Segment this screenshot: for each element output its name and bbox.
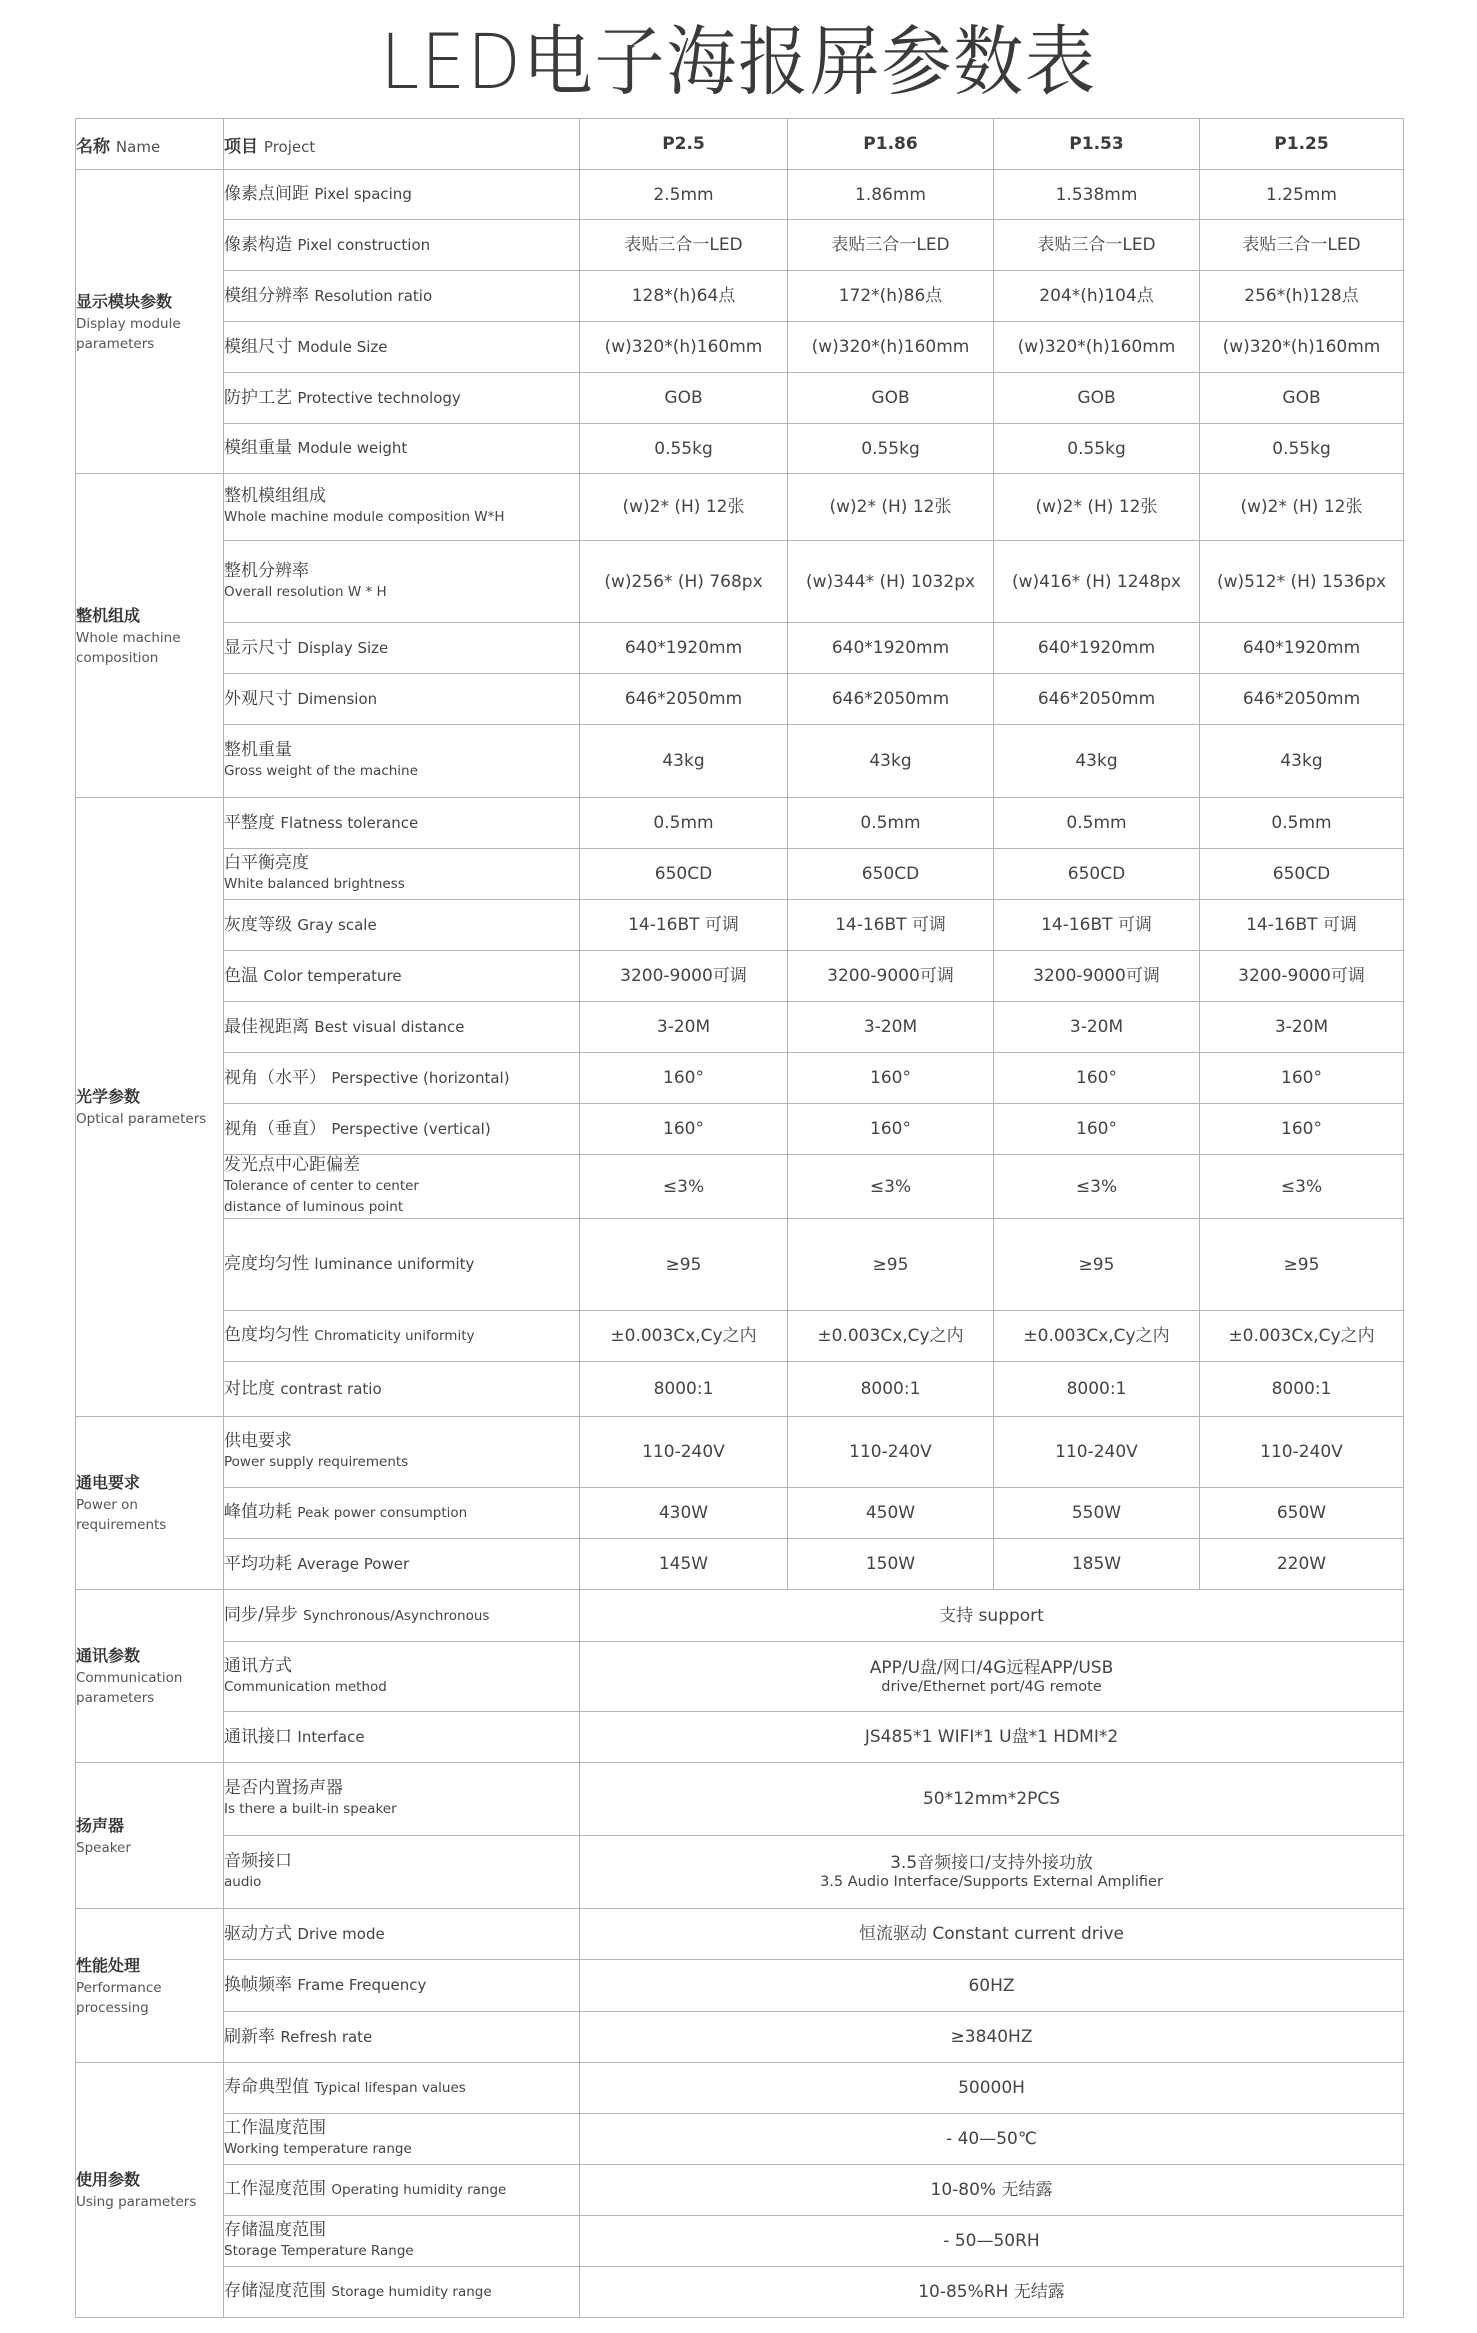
item-label-en: luminance uniformity (314, 1255, 474, 1273)
item-label-zh: 通讯接口 (224, 1727, 292, 1747)
item-label-en: Interface (297, 1728, 364, 1746)
item-label-en: Typical lifespan values (314, 2080, 465, 2096)
table-row: 工作温度范围Working temperature range- 40—50℃ (76, 2114, 1404, 2165)
table-row: 色温 Color temperature3200-9000可调3200-9000… (76, 951, 1404, 1002)
value-cell-p125: ±0.003Cx,Cy之内 (1200, 1311, 1404, 1362)
item-label-en: Refresh rate (280, 2028, 372, 2046)
table-row: 灰度等级 Gray scale14-16BT 可调14-16BT 可调14-16… (76, 900, 1404, 951)
value-cell-p125: 110-240V (1200, 1417, 1404, 1488)
table-row: 存储湿度范围 Storage humidity range10-85%RH 无结… (76, 2267, 1404, 2318)
value-cell-p153: 640*1920mm (994, 623, 1200, 674)
item-label-zh: 防护工艺 (224, 388, 292, 408)
item-label: 峰值功耗 Peak power consumption (224, 1488, 580, 1539)
spec-body: 显示模块参数Display module parameters像素点间距 Pix… (76, 170, 1404, 2318)
item-label-en: Resolution ratio (314, 287, 432, 305)
item-label-en: Module weight (297, 439, 407, 457)
item-label-en: Module Size (297, 338, 387, 356)
item-label: 驱动方式 Drive mode (224, 1909, 580, 1960)
item-label: 像素构造 Pixel construction (224, 220, 580, 271)
value-cell-p125: 256*(h)128点 (1200, 271, 1404, 322)
section-title: 显示模块参数 (76, 290, 223, 314)
section-power: 通电要求Power on requirements (76, 1417, 224, 1590)
table-row: 峰值功耗 Peak power consumption430W450W550W6… (76, 1488, 1404, 1539)
item-label: 防护工艺 Protective technology (224, 373, 580, 424)
value-cell-p153: ≤3% (994, 1155, 1200, 1219)
item-label-en: Storage Temperature Range (224, 2241, 579, 2262)
item-label: 整机分辨率Overall resolution W * H (224, 541, 580, 623)
value-cell-merged: 恒流驱动 Constant current drive (580, 1909, 1404, 1960)
item-label: 工作温度范围Working temperature range (224, 2114, 580, 2165)
item-label: 整机模组组成Whole machine module composition W… (224, 474, 580, 541)
value-cell-p186: (w)320*(h)160mm (788, 322, 994, 373)
value-cell-p186: 3200-9000可调 (788, 951, 994, 1002)
value-cell-p125: 8000:1 (1200, 1362, 1404, 1417)
item-label: 模组分辨率 Resolution ratio (224, 271, 580, 322)
table-row: 平均功耗 Average Power145W150W185W220W (76, 1539, 1404, 1590)
item-label-zh: 模组重量 (224, 438, 292, 458)
item-label-zh: 是否内置扬声器 (224, 1778, 579, 1799)
value-cell-p186: ≤3% (788, 1155, 994, 1219)
item-label: 模组重量 Module weight (224, 424, 580, 474)
table-row: 音频接口audio3.5音频接口/支持外接功放3.5 Audio Interfa… (76, 1836, 1404, 1909)
value-cell-merged: 3.5音频接口/支持外接功放3.5 Audio Interface/Suppor… (580, 1836, 1404, 1909)
table-row: 扬声器Speaker是否内置扬声器Is there a built-in spe… (76, 1763, 1404, 1836)
section-subtitle: Communication parameters (76, 1668, 223, 1708)
value-text: 60HZ (968, 1976, 1014, 1996)
item-label-en: Display Size (297, 639, 388, 657)
value-cell-p125: 3-20M (1200, 1002, 1404, 1053)
item-label: 整机重量Gross weight of the machine (224, 725, 580, 798)
value-cell-p186: 110-240V (788, 1417, 994, 1488)
item-label-en: Tolerance of center to center (224, 1176, 579, 1197)
page-title: LED电子海报屏参数表 (59, 14, 1418, 110)
item-label: 平整度 Flatness tolerance (224, 798, 580, 849)
table-row: 刷新率 Refresh rate≥3840HZ (76, 2012, 1404, 2063)
item-label: 显示尺寸 Display Size (224, 623, 580, 674)
table-row: 性能处理Performance processing驱动方式 Drive mod… (76, 1909, 1404, 1960)
value-cell-p186: 160° (788, 1053, 994, 1104)
item-label-en: Peak power consumption (297, 1505, 467, 1521)
item-label-en: contrast ratio (280, 1380, 381, 1398)
item-label-zh: 对比度 (224, 1379, 275, 1399)
value-cell-p25: 0.55kg (580, 424, 788, 474)
spec-table: 名称 Name 项目 Project P2.5 P1.86 P1.53 P1.2… (75, 118, 1404, 2318)
item-label-zh: 驱动方式 (224, 1924, 292, 1944)
value-cell-p125: (w)320*(h)160mm (1200, 322, 1404, 373)
value-cell-p186: 3-20M (788, 1002, 994, 1053)
table-row: 像素构造 Pixel construction表贴三合一LED表贴三合一LED表… (76, 220, 1404, 271)
item-label-en: Working temperature range (224, 2139, 579, 2160)
table-row: 存储温度范围Storage Temperature Range- 50—50RH (76, 2216, 1404, 2267)
table-row: 亮度均匀性 luminance uniformity≥95≥95≥95≥95 (76, 1219, 1404, 1311)
table-row: 使用参数Using parameters寿命典型值 Typical lifesp… (76, 2063, 1404, 2114)
value-cell-p25: 8000:1 (580, 1362, 788, 1417)
value-subtext: 3.5 Audio Interface/Supports External Am… (580, 1873, 1403, 1891)
item-label-zh: 视角（水平） (224, 1068, 326, 1088)
table-row: 发光点中心距偏差Tolerance of center to centerdis… (76, 1155, 1404, 1219)
section-title: 扬声器 (76, 1814, 223, 1838)
item-label-en: White balanced brightness (224, 874, 579, 895)
value-cell-p186: (w)344* (H) 1032px (788, 541, 994, 623)
table-row: 视角（垂直） Perspective (vertical)160°160°160… (76, 1104, 1404, 1155)
item-label-en: Operating humidity range (331, 2182, 506, 2198)
value-cell-p186: 172*(h)86点 (788, 271, 994, 322)
item-label-en: Pixel spacing (314, 185, 411, 203)
value-text: 支持 support (939, 1606, 1044, 1626)
value-cell-p25: 650CD (580, 849, 788, 900)
header-row: 名称 Name 项目 Project P2.5 P1.86 P1.53 P1.2… (76, 119, 1404, 170)
value-cell-p125: (w)2* (H) 12张 (1200, 474, 1404, 541)
item-label-en: Overall resolution W * H (224, 582, 579, 603)
header-model-p186: P1.86 (788, 119, 994, 170)
section-using: 使用参数Using parameters (76, 2063, 224, 2318)
item-label-en: Chromaticity uniformity (314, 1328, 474, 1344)
item-label-zh: 视角（垂直） (224, 1119, 326, 1139)
item-label-en: Best visual distance (314, 1018, 464, 1036)
value-cell-merged: 50000H (580, 2063, 1404, 2114)
value-cell-p153: 14-16BT 可调 (994, 900, 1200, 951)
table-row: 显示模块参数Display module parameters像素点间距 Pix… (76, 170, 1404, 220)
item-label-zh: 寿命典型值 (224, 2077, 309, 2097)
value-cell-p25: ≥95 (580, 1219, 788, 1311)
value-cell-p153: 3-20M (994, 1002, 1200, 1053)
value-text: 恒流驱动 Constant current drive (859, 1924, 1124, 1944)
item-label-en: Synchronous/Asynchronous (303, 1608, 489, 1624)
value-cell-p125: ≥95 (1200, 1219, 1404, 1311)
value-cell-p186: 8000:1 (788, 1362, 994, 1417)
item-label: 最佳视距离 Best visual distance (224, 1002, 580, 1053)
value-cell-p186: ≥95 (788, 1219, 994, 1311)
value-cell-p153: 3200-9000可调 (994, 951, 1200, 1002)
section-optical: 光学参数Optical parameters (76, 798, 224, 1417)
section-subtitle: Performance processing (76, 1978, 223, 2018)
item-label-zh: 工作湿度范围 (224, 2179, 326, 2199)
item-label: 像素点间距 Pixel spacing (224, 170, 580, 220)
value-cell-p25: 640*1920mm (580, 623, 788, 674)
item-label: 是否内置扬声器Is there a built-in speaker (224, 1763, 580, 1836)
value-cell-p125: 表贴三合一LED (1200, 220, 1404, 271)
item-label-zh: 通讯方式 (224, 1656, 579, 1677)
value-text: ≥3840HZ (951, 2027, 1033, 2047)
section-subtitle: Display module parameters (76, 314, 223, 354)
value-text: - 40—50℃ (946, 2129, 1037, 2149)
value-cell-p25: 43kg (580, 725, 788, 798)
value-text: 10-85%RH 无结露 (918, 2282, 1065, 2302)
item-label-en: Gray scale (297, 916, 376, 934)
item-label-zh: 灰度等级 (224, 915, 292, 935)
value-subtext: drive/Ethernet port/4G remote (580, 1678, 1403, 1696)
value-cell-p153: 43kg (994, 725, 1200, 798)
value-cell-p186: 450W (788, 1488, 994, 1539)
value-cell-p186: 0.55kg (788, 424, 994, 474)
value-cell-p25: 145W (580, 1539, 788, 1590)
table-row: 整机重量Gross weight of the machine43kg43kg4… (76, 725, 1404, 798)
value-cell-p125: 650W (1200, 1488, 1404, 1539)
value-cell-p25: 3-20M (580, 1002, 788, 1053)
value-cell-p153: 185W (994, 1539, 1200, 1590)
table-row: 对比度 contrast ratio8000:18000:18000:18000… (76, 1362, 1404, 1417)
item-label: 平均功耗 Average Power (224, 1539, 580, 1590)
item-label-zh: 白平衡亮度 (224, 853, 579, 874)
value-cell-p153: 0.55kg (994, 424, 1200, 474)
value-cell-p25: 14-16BT 可调 (580, 900, 788, 951)
table-row: 模组尺寸 Module Size(w)320*(h)160mm(w)320*(h… (76, 322, 1404, 373)
item-label-en: Communication method (224, 1677, 579, 1698)
item-label-zh: 模组分辨率 (224, 286, 309, 306)
section-performance: 性能处理Performance processing (76, 1909, 224, 2063)
value-cell-merged: 10-85%RH 无结露 (580, 2267, 1404, 2318)
value-cell-p153: GOB (994, 373, 1200, 424)
value-cell-p186: 150W (788, 1539, 994, 1590)
item-label: 存储湿度范围 Storage humidity range (224, 2267, 580, 2318)
value-cell-merged: 10-80% 无结露 (580, 2165, 1404, 2216)
value-cell-merged: 50*12mm*2PCS (580, 1763, 1404, 1836)
value-cell-merged: 支持 support (580, 1590, 1404, 1642)
item-label: 对比度 contrast ratio (224, 1362, 580, 1417)
value-cell-p125: GOB (1200, 373, 1404, 424)
section-title: 通电要求 (76, 1471, 223, 1495)
value-cell-p25: 0.5mm (580, 798, 788, 849)
section-title: 使用参数 (76, 2168, 223, 2192)
table-row: 显示尺寸 Display Size640*1920mm640*1920mm640… (76, 623, 1404, 674)
table-row: 换帧频率 Frame Frequency60HZ (76, 1960, 1404, 2012)
header-model-p125: P1.25 (1200, 119, 1404, 170)
section-subtitle: Whole machine composition (76, 628, 223, 668)
value-cell-p153: (w)416* (H) 1248px (994, 541, 1200, 623)
value-cell-p186: 160° (788, 1104, 994, 1155)
value-cell-p25: 表贴三合一LED (580, 220, 788, 271)
item-label-zh: 音频接口 (224, 1851, 579, 1872)
item-label-zh: 峰值功耗 (224, 1502, 292, 1522)
table-row: 外观尺寸 Dimension646*2050mm646*2050mm646*20… (76, 674, 1404, 725)
value-text: JS485*1 WIFI*1 U盘*1 HDMI*2 (865, 1727, 1118, 1747)
value-cell-merged: APP/U盘/网口/4G远程APP/USBdrive/Ethernet port… (580, 1642, 1404, 1712)
value-cell-p125: ≤3% (1200, 1155, 1404, 1219)
table-row: 整机组成Whole machine composition整机模组组成Whole… (76, 474, 1404, 541)
item-label-en: Perspective (horizontal) (331, 1069, 509, 1087)
section-title: 通讯参数 (76, 1644, 223, 1668)
table-row: 通讯方式Communication methodAPP/U盘/网口/4G远程AP… (76, 1642, 1404, 1712)
section-subtitle: Optical parameters (76, 1109, 223, 1129)
value-cell-p153: (w)320*(h)160mm (994, 322, 1200, 373)
item-label: 寿命典型值 Typical lifespan values (224, 2063, 580, 2114)
value-cell-merged: 60HZ (580, 1960, 1404, 2012)
value-cell-p186: 43kg (788, 725, 994, 798)
item-label-zh: 整机重量 (224, 740, 579, 761)
value-cell-p186: 表贴三合一LED (788, 220, 994, 271)
value-cell-p125: 160° (1200, 1104, 1404, 1155)
item-label: 刷新率 Refresh rate (224, 2012, 580, 2063)
item-label-zh: 显示尺寸 (224, 638, 292, 658)
value-cell-p25: (w)2* (H) 12张 (580, 474, 788, 541)
item-label-en: Pixel construction (297, 236, 430, 254)
value-cell-p25: 110-240V (580, 1417, 788, 1488)
value-cell-p25: 430W (580, 1488, 788, 1539)
item-label: 灰度等级 Gray scale (224, 900, 580, 951)
section-subtitle: Using parameters (76, 2192, 223, 2212)
value-cell-p186: GOB (788, 373, 994, 424)
item-label: 存储温度范围Storage Temperature Range (224, 2216, 580, 2267)
value-cell-p153: (w)2* (H) 12张 (994, 474, 1200, 541)
table-row: 通讯参数Communication parameters同步/异步 Synchr… (76, 1590, 1404, 1642)
item-label-en: Color temperature (263, 967, 401, 985)
value-cell-p25: ±0.003Cx,Cy之内 (580, 1311, 788, 1362)
value-cell-p153: 表贴三合一LED (994, 220, 1200, 271)
value-cell-p153: ±0.003Cx,Cy之内 (994, 1311, 1200, 1362)
item-label: 白平衡亮度White balanced brightness (224, 849, 580, 900)
value-cell-p186: 646*2050mm (788, 674, 994, 725)
item-label-en: Average Power (297, 1555, 409, 1573)
value-cell-p25: 2.5mm (580, 170, 788, 220)
table-row: 光学参数Optical parameters平整度 Flatness toler… (76, 798, 1404, 849)
item-label: 供电要求Power supply requirements (224, 1417, 580, 1488)
item-label-zh: 存储湿度范围 (224, 2281, 326, 2301)
header-model-p153: P1.53 (994, 119, 1200, 170)
value-cell-p153: 0.5mm (994, 798, 1200, 849)
table-row: 整机分辨率Overall resolution W * H(w)256* (H)… (76, 541, 1404, 623)
value-cell-p186: 14-16BT 可调 (788, 900, 994, 951)
item-label-zh: 工作温度范围 (224, 2118, 579, 2139)
header-name: 名称 Name (76, 119, 224, 170)
item-label-zh: 色度均匀性 (224, 1325, 309, 1345)
value-cell-p25: (w)320*(h)160mm (580, 322, 788, 373)
value-cell-p186: 0.5mm (788, 798, 994, 849)
item-label-en: Perspective (vertical) (331, 1120, 490, 1138)
item-label: 发光点中心距偏差Tolerance of center to centerdis… (224, 1155, 580, 1219)
item-label-en: Power supply requirements (224, 1452, 579, 1473)
section-title: 整机组成 (76, 604, 223, 628)
value-cell-p186: ±0.003Cx,Cy之内 (788, 1311, 994, 1362)
item-label-en-line2: distance of luminous point (224, 1197, 579, 1218)
value-cell-p25: GOB (580, 373, 788, 424)
section-speaker: 扬声器Speaker (76, 1763, 224, 1909)
value-cell-p186: (w)2* (H) 12张 (788, 474, 994, 541)
value-cell-p153: 8000:1 (994, 1362, 1200, 1417)
table-row: 视角（水平） Perspective (horizontal)160°160°1… (76, 1053, 1404, 1104)
item-label-en: Is there a built-in speaker (224, 1799, 579, 1820)
value-cell-p153: 550W (994, 1488, 1200, 1539)
section-subtitle: Speaker (76, 1838, 223, 1858)
item-label-zh: 存储温度范围 (224, 2220, 579, 2241)
value-cell-merged: - 50—50RH (580, 2216, 1404, 2267)
header-project: 项目 Project (224, 119, 580, 170)
value-text: 50000H (958, 2078, 1025, 2098)
item-label-zh: 发光点中心距偏差 (224, 1155, 579, 1176)
value-cell-p125: 646*2050mm (1200, 674, 1404, 725)
item-label-zh: 整机分辨率 (224, 561, 579, 582)
value-text: APP/U盘/网口/4G远程APP/USB (580, 1658, 1403, 1678)
table-row: 通电要求Power on requirements供电要求Power suppl… (76, 1417, 1404, 1488)
value-cell-merged: JS485*1 WIFI*1 U盘*1 HDMI*2 (580, 1712, 1404, 1763)
item-label: 音频接口audio (224, 1836, 580, 1909)
value-cell-p153: 160° (994, 1104, 1200, 1155)
item-label-zh: 像素点间距 (224, 184, 309, 204)
item-label-zh: 换帧频率 (224, 1975, 292, 1995)
item-label-zh: 同步/异步 (224, 1605, 298, 1625)
value-cell-p186: 1.86mm (788, 170, 994, 220)
section-title: 光学参数 (76, 1085, 223, 1109)
item-label: 同步/异步 Synchronous/Asynchronous (224, 1590, 580, 1642)
item-label-zh: 最佳视距离 (224, 1017, 309, 1037)
section-display-module: 显示模块参数Display module parameters (76, 170, 224, 474)
value-cell-p25: 3200-9000可调 (580, 951, 788, 1002)
item-label-zh: 整机模组组成 (224, 486, 579, 507)
section-communication: 通讯参数Communication parameters (76, 1590, 224, 1763)
item-label-en: Whole machine module composition W*H (224, 507, 579, 528)
value-cell-p125: 0.5mm (1200, 798, 1404, 849)
item-label: 通讯方式Communication method (224, 1642, 580, 1712)
value-cell-p153: 1.538mm (994, 170, 1200, 220)
item-label-zh: 色温 (224, 966, 258, 986)
item-label-zh: 外观尺寸 (224, 689, 292, 709)
value-cell-p125: 160° (1200, 1053, 1404, 1104)
section-title: 性能处理 (76, 1954, 223, 1978)
value-cell-p25: (w)256* (H) 768px (580, 541, 788, 623)
value-cell-p186: 640*1920mm (788, 623, 994, 674)
item-label-en: Drive mode (297, 1925, 384, 1943)
item-label-zh: 平均功耗 (224, 1554, 292, 1574)
value-cell-p125: 14-16BT 可调 (1200, 900, 1404, 951)
table-row: 色度均匀性 Chromaticity uniformity±0.003Cx,Cy… (76, 1311, 1404, 1362)
table-row: 白平衡亮度White balanced brightness650CD650CD… (76, 849, 1404, 900)
table-row: 工作湿度范围 Operating humidity range10-80% 无结… (76, 2165, 1404, 2216)
value-cell-p25: 646*2050mm (580, 674, 788, 725)
item-label: 通讯接口 Interface (224, 1712, 580, 1763)
item-label-en: Storage humidity range (331, 2284, 491, 2300)
item-label-zh: 刷新率 (224, 2027, 275, 2047)
item-label-zh: 亮度均匀性 (224, 1254, 309, 1274)
item-label: 视角（垂直） Perspective (vertical) (224, 1104, 580, 1155)
value-cell-p125: 220W (1200, 1539, 1404, 1590)
value-cell-p186: 650CD (788, 849, 994, 900)
value-cell-p125: 43kg (1200, 725, 1404, 798)
item-label: 换帧频率 Frame Frequency (224, 1960, 580, 2012)
item-label-zh: 供电要求 (224, 1431, 579, 1452)
item-label: 模组尺寸 Module Size (224, 322, 580, 373)
value-cell-merged: ≥3840HZ (580, 2012, 1404, 2063)
table-row: 模组重量 Module weight0.55kg0.55kg0.55kg0.55… (76, 424, 1404, 474)
table-row: 最佳视距离 Best visual distance3-20M3-20M3-20… (76, 1002, 1404, 1053)
value-text: 10-80% 无结露 (931, 2180, 1053, 2200)
value-cell-p153: ≥95 (994, 1219, 1200, 1311)
item-label: 外观尺寸 Dimension (224, 674, 580, 725)
value-text: 50*12mm*2PCS (923, 1789, 1060, 1809)
value-cell-p25: ≤3% (580, 1155, 788, 1219)
value-text: - 50—50RH (943, 2231, 1039, 2251)
header-model-p25: P2.5 (580, 119, 788, 170)
value-cell-p125: (w)512* (H) 1536px (1200, 541, 1404, 623)
value-cell-p153: 110-240V (994, 1417, 1200, 1488)
value-cell-p125: 640*1920mm (1200, 623, 1404, 674)
item-label-en: audio (224, 1872, 579, 1893)
value-cell-p153: 650CD (994, 849, 1200, 900)
item-label-zh: 像素构造 (224, 235, 292, 255)
table-row: 防护工艺 Protective technologyGOBGOBGOBGOB (76, 373, 1404, 424)
item-label: 色度均匀性 Chromaticity uniformity (224, 1311, 580, 1362)
value-text: 3.5音频接口/支持外接功放 (580, 1853, 1403, 1873)
value-cell-p25: 128*(h)64点 (580, 271, 788, 322)
item-label: 亮度均匀性 luminance uniformity (224, 1219, 580, 1311)
table-row: 通讯接口 InterfaceJS485*1 WIFI*1 U盘*1 HDMI*2 (76, 1712, 1404, 1763)
item-label-zh: 平整度 (224, 813, 275, 833)
item-label-en: Gross weight of the machine (224, 761, 579, 782)
item-label-zh: 模组尺寸 (224, 337, 292, 357)
value-cell-p25: 160° (580, 1104, 788, 1155)
value-cell-p25: 160° (580, 1053, 788, 1104)
section-subtitle: Power on requirements (76, 1495, 223, 1535)
value-cell-p153: 646*2050mm (994, 674, 1200, 725)
item-label: 视角（水平） Perspective (horizontal) (224, 1053, 580, 1104)
